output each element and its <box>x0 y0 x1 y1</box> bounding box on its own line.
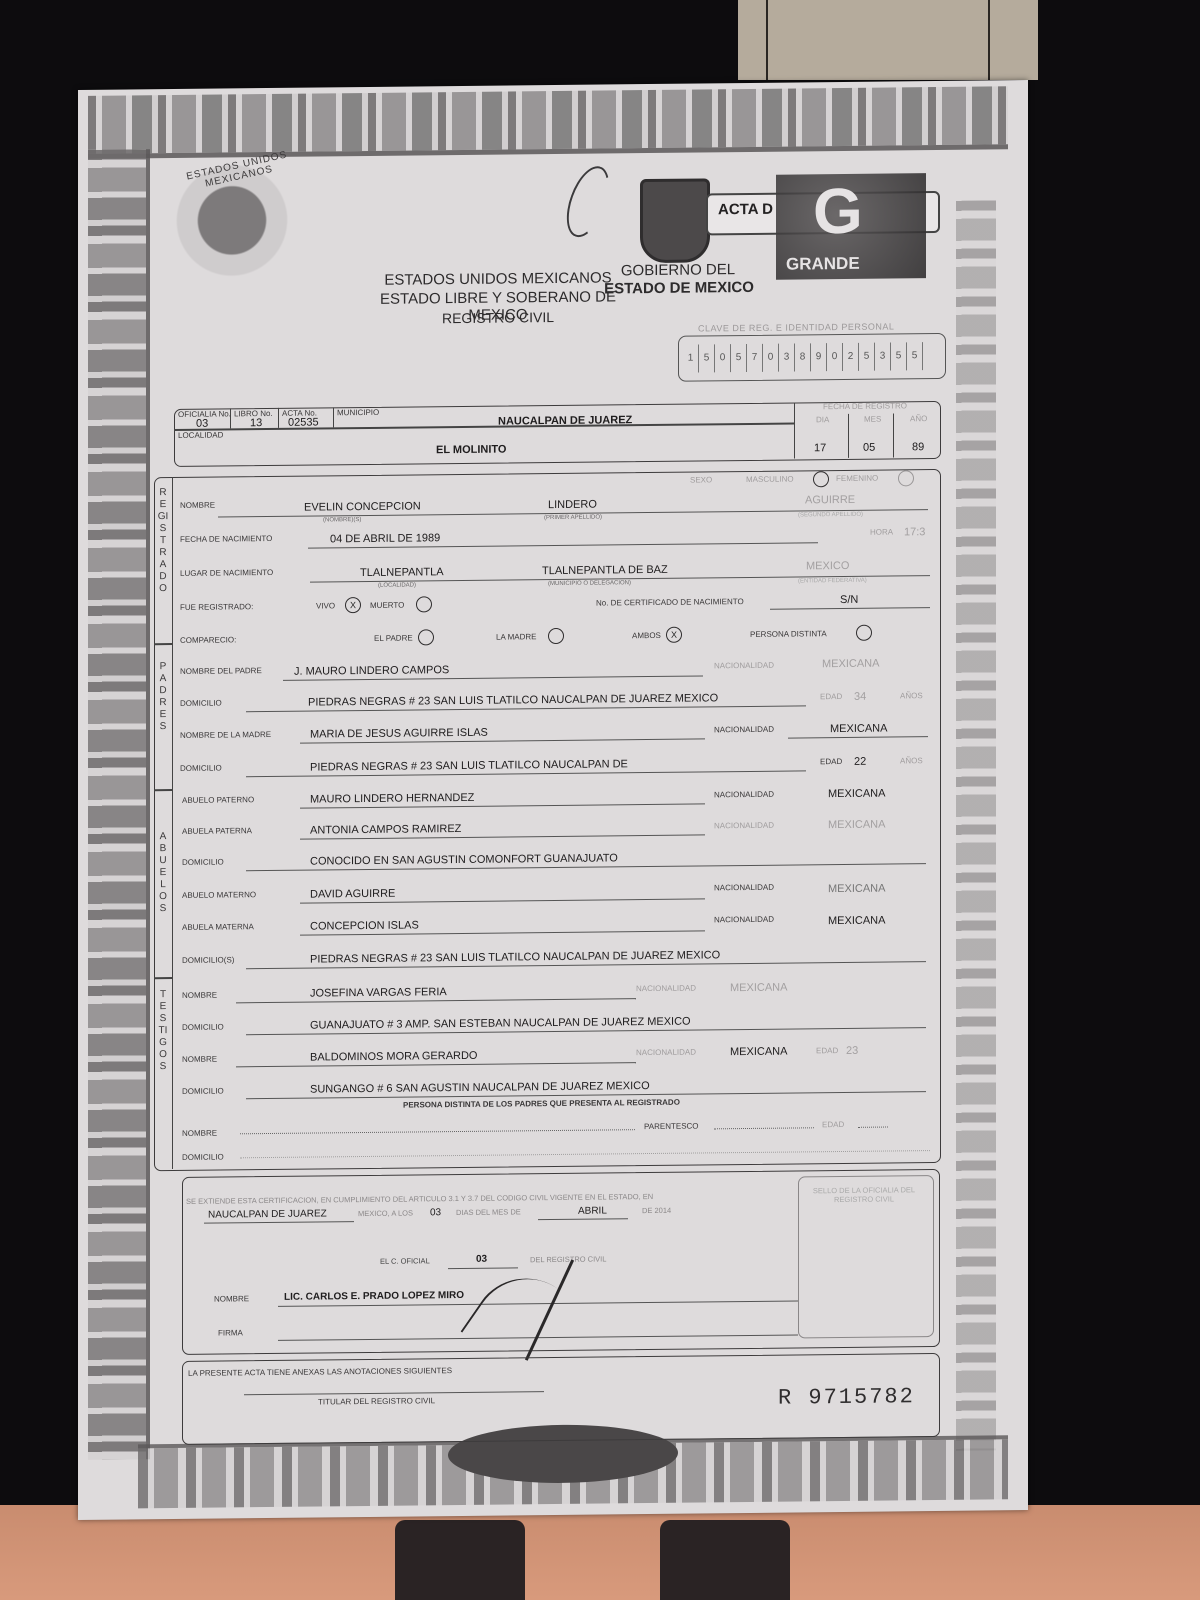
clave-digit: 5 <box>731 344 747 372</box>
stamp-text: GRANDE <box>786 254 860 275</box>
anios-label: AÑOS <box>900 691 923 700</box>
pd-edad-label: EDAD <box>822 1120 844 1129</box>
divider <box>154 789 172 791</box>
segundo-apellido-sublabel: (SEGUNDO APELLIDO) <box>798 512 863 519</box>
divider <box>794 402 795 458</box>
clave-digit: 5 <box>907 342 923 370</box>
testigo1-nacionalidad-value: MEXICANA <box>730 982 787 995</box>
de-anio-label: DE 2014 <box>642 1206 671 1215</box>
testigo2-nombre-value: BALDOMINOS MORA GERARDO <box>310 1050 477 1064</box>
clave-digits: 1 5 0 5 7 0 3 8 9 0 2 5 3 5 5 <box>678 333 946 382</box>
fue-registrado-label: FUE REGISTRADO: <box>180 602 253 612</box>
wall-crease <box>766 0 768 80</box>
madre-nacionalidad-label: NACIONALIDAD <box>714 725 774 735</box>
background-floor <box>0 1505 1200 1600</box>
municipio-sublabel: (MUNICIPIO O DELEGACION) <box>548 580 631 587</box>
primer-apellido-sublabel: (PRIMER APELLIDO) <box>544 515 602 522</box>
masculino-label: MASCULINO <box>746 475 794 484</box>
nombres-sublabel: (NOMBRE)(S) <box>323 517 361 523</box>
state-shield-icon <box>640 178 710 263</box>
oficial-label: EL C. OFICIAL <box>380 1256 430 1266</box>
clave-digit: 0 <box>715 344 731 372</box>
dia-value: 17 <box>814 442 826 454</box>
abuela-paterna-value: ANTONIA CAMPOS RAMIREZ <box>310 823 461 837</box>
clave-digit: 1 <box>683 344 699 372</box>
pd-nombre-label: NOMBRE <box>182 1129 217 1138</box>
dias-del-mes-label: DIAS DEL MES DE <box>456 1207 521 1217</box>
testigo2-edad-value: 23 <box>846 1045 858 1057</box>
nombre-label: NOMBRE <box>180 501 215 510</box>
gov-line-2: ESTADO DE MEXICO <box>594 279 764 298</box>
muerto-checkbox <box>416 596 432 612</box>
comparecio-label: COMPARECIO: <box>180 635 236 645</box>
del-registro-label: DEL REGISTRO CIVIL <box>530 1254 606 1264</box>
oficial-nombre-value: LIC. CARLOS E. PRADO LOPEZ MIRO <box>284 1290 464 1303</box>
padre-edad-value: 34 <box>854 691 866 703</box>
vivo-label: VIVO <box>316 601 335 610</box>
localidad-label: LOCALIDAD <box>178 430 223 439</box>
certificacion-lugar: NAUCALPAN DE JUAREZ <box>208 1208 327 1220</box>
clave-digit: 5 <box>699 344 715 372</box>
abuelo-paterno-value: MAURO LINDERO HERNANDEZ <box>310 792 474 806</box>
nombres-value: EVELIN CONCEPCION <box>304 500 421 513</box>
domicilio-maternos-label: DOMICILIO(S) <box>182 955 234 965</box>
abuelo-materno-nacionalidad-label: NACIONALIDAD <box>714 883 774 893</box>
abuelo-paterno-label: ABUELO PATERNO <box>182 795 254 805</box>
clave-digit: 0 <box>763 344 779 372</box>
femenino-checkbox <box>898 470 914 486</box>
mes-value: 05 <box>863 442 875 454</box>
vivo-checkbox: X <box>345 597 361 613</box>
la-madre-label: LA MADRE <box>496 632 536 641</box>
testigo2-nacionalidad-value: MEXICANA <box>730 1046 787 1059</box>
divider <box>154 977 172 979</box>
madre-value: MARIA DE JESUS AGUIRRE ISLAS <box>310 727 488 741</box>
side-column-divider <box>172 477 173 1169</box>
header-line-1: ESTADOS UNIDOS MEXICANOS <box>378 269 618 289</box>
divider <box>278 408 279 428</box>
certificacion-dia: 03 <box>430 1207 441 1218</box>
localidad-value: EL MOLINITO <box>436 444 507 457</box>
localidad-sublabel: (LOCALIDAD) <box>378 582 416 588</box>
madre-edad-value: 22 <box>854 756 866 768</box>
persona-distinta-label: PERSONA DISTINTA <box>750 629 827 639</box>
certificado-label: No. DE CERTIFICADO DE NACIMIENTO <box>596 597 744 608</box>
lugar-municipio-value: TLALNEPANTLA DE BAZ <box>542 564 668 577</box>
clave-digit: 3 <box>875 342 891 370</box>
testigo1-nombre-label: NOMBRE <box>182 991 217 1000</box>
fecha-nacimiento-label: FECHA DE NACIMIENTO <box>180 534 272 544</box>
firma-label: FIRMA <box>218 1328 243 1337</box>
la-madre-checkbox <box>548 628 564 644</box>
madre-label: NOMBRE DE LA MADRE <box>180 730 271 740</box>
hora-value: 17:3 <box>904 526 925 538</box>
domicilio-paternos-label: DOMICILIO <box>182 857 224 866</box>
folio-number: R 9715782 <box>778 1384 915 1410</box>
entidad-sublabel: (ENTIDAD FEDERATIVA) <box>798 578 867 585</box>
side-label-registrado: REGISTRADO <box>157 487 169 595</box>
oficial-number: 03 <box>476 1254 487 1265</box>
birth-certificate: ESTADOS UNIDOS MEXICANOS ESTADOS UNIDOS … <box>78 80 1028 1520</box>
clave-digit: 7 <box>747 344 763 372</box>
abuelo-materno-nacionalidad-value: MEXICANA <box>828 883 885 896</box>
sexo-label: SEXO <box>690 475 712 484</box>
padre-nacionalidad-label: NACIONALIDAD <box>714 661 774 671</box>
testigo1-nombre-value: JOSEFINA VARGAS FERIA <box>310 986 447 999</box>
pen-mark <box>558 161 617 243</box>
masculino-checkbox <box>813 471 829 487</box>
hora-label: HORA <box>870 527 893 536</box>
abuelo-paterno-nacionalidad-label: NACIONALIDAD <box>714 790 774 800</box>
side-label-abuelos: ABUELOS <box>157 831 169 915</box>
divider <box>893 413 894 457</box>
abuela-materna-label: ABUELA MATERNA <box>182 922 254 932</box>
divider <box>848 414 849 458</box>
acta-title: ACTA D <box>718 201 773 219</box>
header-line-3: REGISTRO CIVIL <box>418 309 578 327</box>
femenino-label: FEMENINO <box>836 474 878 483</box>
lugar-localidad-value: TLALNEPANTLA <box>360 566 444 579</box>
abuela-materna-nacionalidad-value: MEXICANA <box>828 915 885 928</box>
oficialia-value: 03 <box>196 418 208 430</box>
anio-value: 89 <box>912 441 924 453</box>
abuela-materna-value: CONCEPCION ISLAS <box>310 919 419 932</box>
abuela-paterna-nacionalidad-value: MEXICANA <box>828 819 885 832</box>
anios-label: AÑOS <box>900 756 923 765</box>
padre-edad-label: EDAD <box>820 692 842 701</box>
testigo2-domicilio-label: DOMICILIO <box>182 1086 224 1095</box>
clave-digit: 8 <box>795 343 811 371</box>
ornamental-border-right <box>956 200 996 1450</box>
gov-line-1: GOBIERNO DEL <box>608 261 748 279</box>
lugar-entidad-value: MEXICO <box>806 560 849 572</box>
sello-label: SELLO DE LA OFICIALIA DEL REGISTRO CIVIL <box>804 1185 924 1204</box>
testigo1-nacionalidad-label: NACIONALIDAD <box>636 984 696 994</box>
ambos-checkbox: X <box>666 627 682 643</box>
mes-label: MES <box>864 415 881 424</box>
certificacion-mes: ABRIL <box>578 1205 607 1216</box>
abuela-paterna-label: ABUELA PATERNA <box>182 826 252 836</box>
segundo-apellido-value: AGUIRRE <box>805 494 855 507</box>
madre-edad-label: EDAD <box>820 757 842 766</box>
oficial-nombre-label: NOMBRE <box>214 1294 249 1303</box>
clave-digit: 9 <box>811 343 827 371</box>
abuelo-materno-label: ABUELO MATERNO <box>182 890 256 900</box>
municipio-value: NAUCALPAN DE JUAREZ <box>498 414 632 427</box>
el-padre-label: EL PADRE <box>374 633 413 642</box>
pd-edad-field <box>858 1126 888 1128</box>
testigo2-edad-label: EDAD <box>816 1046 838 1055</box>
stamp-letter: G <box>813 174 863 249</box>
pd-parentesco-label: PARENTESCO <box>644 1122 699 1132</box>
abuela-paterna-nacionalidad-label: NACIONALIDAD <box>714 821 774 831</box>
padre-value: J. MAURO LINDERO CAMPOS <box>294 664 449 678</box>
municipio-label: MUNICIPIO <box>337 408 379 417</box>
ornamental-border-top <box>88 86 1008 159</box>
testigo2-nacionalidad-label: NACIONALIDAD <box>636 1048 696 1058</box>
divider <box>154 643 172 645</box>
lugar-nacimiento-label: LUGAR DE NACIMIENTO <box>180 568 273 578</box>
side-label-testigos: TESTIGOS <box>157 989 169 1073</box>
clave-label: CLAVE DE REG. E IDENTIDAD PERSONAL <box>698 321 894 333</box>
side-label-padres: PADRES <box>157 661 169 733</box>
padre-domicilio-label: DOMICILIO <box>180 698 222 707</box>
clave-digit: 3 <box>779 343 795 371</box>
persona-distinta-checkbox <box>856 625 872 641</box>
anio-label: AÑO <box>910 414 927 423</box>
leg-right <box>660 1520 790 1600</box>
clave-digit: 2 <box>843 343 859 371</box>
titular-label: TITULAR DEL REGISTRO CIVIL <box>318 1396 435 1406</box>
wall-crease <box>988 0 990 80</box>
certificado-value: S/N <box>840 594 858 606</box>
fecha-registro-label: FECHA DE REGISTRO <box>823 401 907 411</box>
testigo2-nombre-label: NOMBRE <box>182 1055 217 1064</box>
clave-digit: 5 <box>891 342 907 370</box>
leg-left <box>395 1520 525 1600</box>
fecha-nacimiento-value: 04 DE ABRIL DE 1989 <box>330 532 440 545</box>
padre-label: NOMBRE DEL PADRE <box>180 666 262 676</box>
madre-domicilio-label: DOMICILIO <box>180 763 222 772</box>
testigo1-domicilio-label: DOMICILIO <box>182 1022 224 1031</box>
libro-value: 13 <box>250 417 262 429</box>
pd-domicilio-label: DOMICILIO <box>182 1152 224 1161</box>
muerto-label: MUERTO <box>370 601 404 610</box>
abuela-materna-nacionalidad-label: NACIONALIDAD <box>714 915 774 925</box>
dia-label: DIA <box>816 415 829 424</box>
padre-nacionalidad-value: MEXICANA <box>822 658 879 671</box>
acta-no-value: 02535 <box>288 416 319 428</box>
clave-digit: 0 <box>827 343 843 371</box>
ambos-label: AMBOS <box>632 631 661 640</box>
el-padre-checkbox <box>418 629 434 645</box>
madre-nacionalidad-value: MEXICANA <box>830 723 887 736</box>
ornamental-border-left <box>88 149 150 1460</box>
clave-digit: 5 <box>859 343 875 371</box>
background-wall <box>738 0 1038 80</box>
abuelo-materno-value: DAVID AGUIRRE <box>310 888 395 901</box>
divider <box>333 407 334 427</box>
abuelo-paterno-nacionalidad-value: MEXICANA <box>828 788 885 801</box>
primer-apellido-value: LINDERO <box>548 499 597 512</box>
mexico-a-los-label: MEXICO, A LOS <box>358 1208 413 1218</box>
